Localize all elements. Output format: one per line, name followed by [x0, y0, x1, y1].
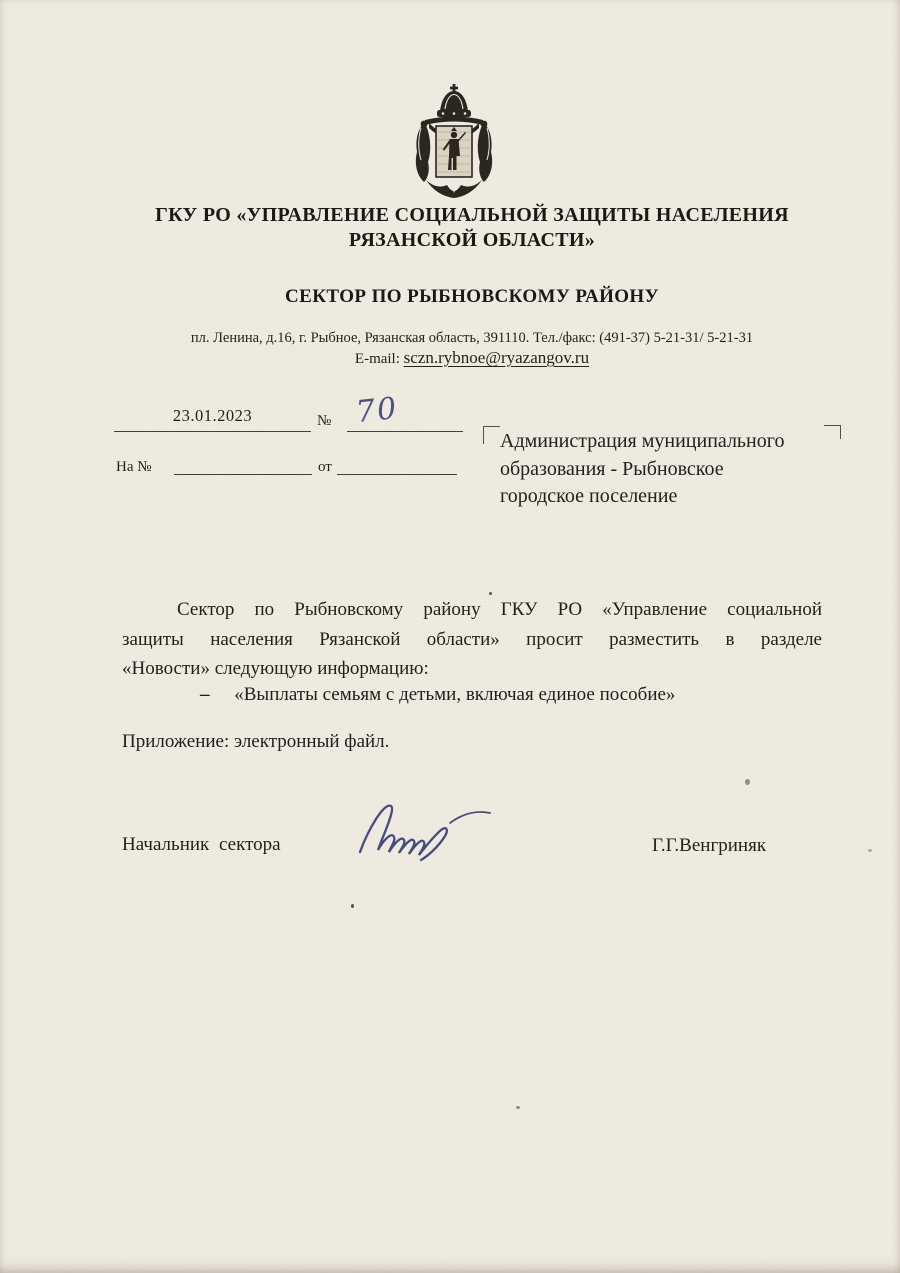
reply-from-label: от [318, 459, 332, 476]
number-underline [347, 431, 463, 432]
addressee-block: Администрация муниципального образования… [500, 428, 830, 511]
date-underline [114, 431, 311, 432]
scan-speck [868, 849, 872, 852]
attachment-line: Приложение: электронный файл. [122, 731, 389, 753]
org-name: ГКУ РО «УПРАВЛЕНИЕ СОЦИАЛЬНОЙ ЗАЩИТЫ НАС… [100, 203, 844, 253]
list-dash: – [200, 684, 210, 705]
addressee-line: городское поселение [500, 483, 830, 511]
addressee-corner-mark-left [483, 426, 500, 444]
letter-date: 23.01.2023 [114, 406, 311, 426]
handwritten-outgoing-number: 70 [354, 391, 400, 430]
scan-speck [489, 592, 492, 595]
address-phone-line: пл. Ленина, д.16, г. Рыбное, Рязанская о… [100, 330, 844, 347]
body-line: «Новости» следующую информацию: [122, 654, 822, 684]
org-name-line1: ГКУ РО «УПРАВЛЕНИЕ СОЦИАЛЬНОЙ ЗАЩИТЫ НАС… [100, 203, 844, 228]
reply-number-underline [174, 474, 312, 475]
signer-name: Г.Г.Венгриняк [652, 835, 766, 857]
org-name-line2: РЯЗАНСКОЙ ОБЛАСТИ» [100, 228, 844, 253]
number-sign-label: № [317, 413, 331, 430]
signer-position: Начальник сектора [122, 834, 281, 856]
email-address: sczn.rybnoe@ryazangov.ru [404, 348, 589, 367]
handwritten-signature-icon [338, 786, 553, 871]
reply-to-label: На № [116, 459, 152, 476]
ryazan-oblast-coat-of-arms-icon [397, 84, 511, 200]
scan-speck [745, 779, 750, 785]
email-label: E-mail: [355, 351, 400, 367]
list-item-text: «Выплаты семьям с детьми, включая единое… [234, 684, 675, 705]
body-paragraph: Сектор по Рыбновскому району ГКУ РО «Упр… [122, 595, 822, 684]
addressee-line: образования - Рыбновское [500, 456, 830, 484]
addressee-line: Администрация муниципального [500, 428, 830, 456]
department-name: СЕКТОР ПО РЫБНОВСКОМУ РАЙОНУ [100, 286, 844, 308]
scan-speck [351, 904, 354, 908]
body-line: защиты населения Рязанской области» прос… [122, 625, 822, 655]
scanned-letter-page: ГКУ РО «УПРАВЛЕНИЕ СОЦИАЛЬНОЙ ЗАЩИТЫ НАС… [0, 0, 900, 1273]
reply-date-underline [337, 474, 457, 475]
list-item-row: – «Выплаты семьям с детьми, включая един… [122, 684, 822, 706]
body-line: Сектор по Рыбновскому району ГКУ РО «Упр… [122, 595, 822, 625]
scan-speck [516, 1106, 520, 1109]
email-row: E-mail: sczn.rybnoe@ryazangov.ru [100, 348, 844, 368]
